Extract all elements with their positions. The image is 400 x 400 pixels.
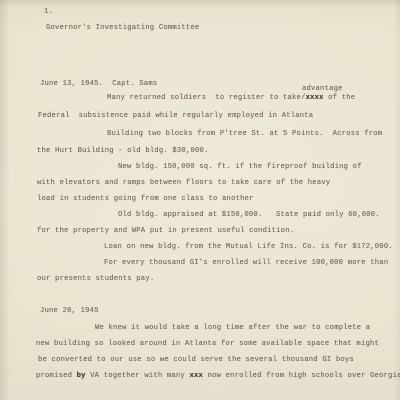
paper-wrinkle-line (0, 388, 400, 391)
overstrike-text: xxxx (306, 94, 324, 102)
scan-edge-shadow-right (394, 0, 400, 400)
typed-line: Loan on new bldg. from the Mutual Life I… (104, 243, 393, 252)
typed-line: 1. (44, 8, 53, 17)
overstrike-text: by (77, 372, 86, 380)
typed-line: June 13, 1945. Capt. Sams (40, 80, 157, 89)
typed-line: the Hurt Building - old bldg. $30,000. (37, 147, 209, 156)
typed-line: June 20, 1945 (40, 307, 99, 316)
scan-edge-shadow-top (0, 0, 400, 8)
typed-line: New bldg. 150,000 sq. ft. if the firepro… (118, 163, 362, 172)
typed-line: our presents students pay. (37, 275, 154, 284)
typed-line: For every thousand GI's enrolled will re… (104, 259, 388, 268)
scan-edge-shadow-left (0, 0, 10, 400)
typed-line: load in students going from one class to… (37, 195, 254, 204)
typed-line: Many returned soldiers to register to ta… (107, 94, 355, 103)
typed-line: Old bldg. appraised at $150,000. State p… (118, 211, 380, 220)
typed-line: with elevators and ramps between floors … (37, 179, 330, 188)
typed-line: We knew it would take a long time after … (95, 324, 370, 333)
overstrike-text: xxx (189, 372, 203, 380)
scanned-document-page: 1.Governor's Investigating CommitteeJune… (0, 0, 400, 400)
typed-line: be converted to our use so we could serv… (38, 356, 354, 365)
typed-line: Federal subsistence paid while regularly… (38, 112, 313, 121)
typed-line: advantage (302, 85, 343, 94)
typed-line: Building two blocks from P'tree St. at 5… (107, 130, 382, 139)
typed-line: promised by VA together with many xxx no… (36, 372, 400, 381)
typed-line: new building so looked around in Atlanta… (36, 340, 379, 349)
typed-line: Governor's Investigating Committee (46, 24, 199, 33)
typed-line: for the property and WPA put in present … (37, 227, 294, 236)
